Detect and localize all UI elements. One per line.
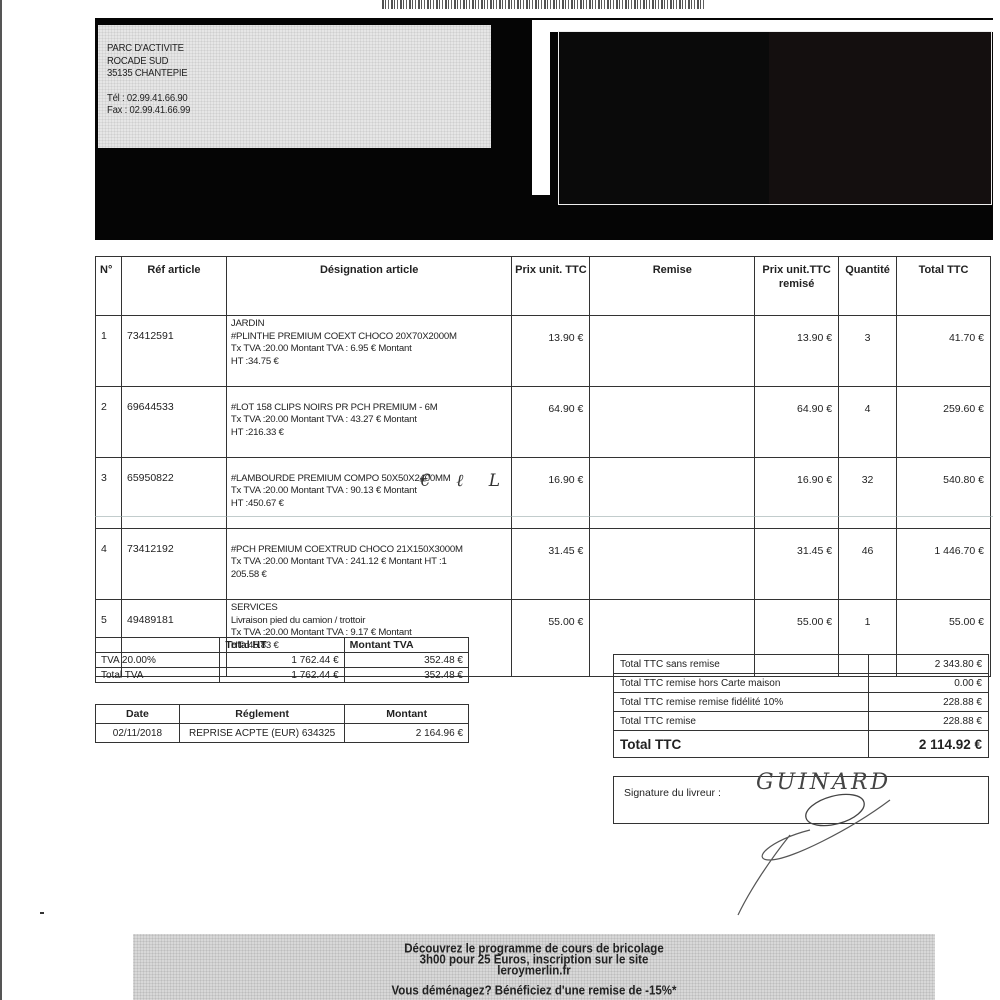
payment-header-date: Date	[96, 705, 180, 724]
item-number: 2	[96, 387, 122, 458]
vat-header-total-ht: Total HT	[220, 638, 344, 653]
header-total: Total TTC	[897, 257, 991, 316]
grand-total-value: 2 114.92 €	[869, 731, 989, 758]
address-line-2: ROCADE SUD	[107, 55, 491, 68]
designation-line	[231, 531, 508, 544]
grand-total-label: Total TTC	[614, 731, 869, 758]
item-discount	[590, 458, 755, 529]
designation-line: #PCH PREMIUM COEXTRUD CHOCO 21X150X3000M	[231, 544, 508, 557]
items-header-row: N° Réf article Désignation article Prix …	[96, 257, 991, 316]
address-line-1: PARC D'ACTIVITE	[107, 43, 491, 56]
vat-rate-label: TVA 20.00%	[96, 653, 220, 668]
table-row: 1 73412591 JARDIN#PLINTHE PREMIUM COEXT …	[96, 316, 991, 387]
header-designation: Désignation article	[226, 257, 512, 316]
promo-banner: Découvrez le programme de cours de brico…	[133, 934, 935, 1000]
item-quantity: 32	[839, 458, 897, 529]
loyalty-discount-value: 228.88 €	[869, 693, 989, 712]
grand-total-row: Total TTC 2 114.92 €	[614, 731, 989, 758]
item-unit-price: 55.00 €	[512, 600, 590, 677]
loyalty-discount-label: Total TTC remise remise fidélité 10%	[614, 693, 869, 712]
total-without-discount-value: 2 343.80 €	[869, 655, 989, 674]
item-unit-price: 16.90 €	[512, 458, 590, 529]
item-reference: 69644533	[121, 387, 226, 458]
item-discount	[590, 387, 755, 458]
item-reference: 65950822	[121, 458, 226, 529]
item-number: 1	[96, 316, 122, 387]
header-discount: Remise	[590, 257, 755, 316]
designation-line: Livraison pied du camion / trottoir	[231, 615, 508, 628]
payment-settlement: REPRISE ACPTE (EUR) 634325	[179, 724, 344, 743]
header-ref: Réf article	[121, 257, 226, 316]
total-without-discount-label: Total TTC sans remise	[614, 655, 869, 674]
item-designation: #PCH PREMIUM COEXTRUD CHOCO 21X150X3000M…	[226, 529, 512, 600]
vat-total-label: Total TVA	[96, 668, 220, 683]
totals-row: Total TTC remise hors Carte maison 0.00 …	[614, 674, 989, 693]
designation-line: SERVICES	[231, 602, 508, 615]
item-number: 3	[96, 458, 122, 529]
header-no: N°	[96, 257, 122, 316]
item-number: 4	[96, 529, 122, 600]
customer-address-redacted	[558, 31, 992, 205]
vat-total-ht: 1 762.44 €	[220, 668, 344, 683]
item-total: 259.60 €	[897, 387, 991, 458]
totals-row: Total TTC remise 228.88 €	[614, 712, 989, 731]
store-fax: Fax : 02.99.41.66.99	[107, 105, 491, 118]
payment-header-settlement: Réglement	[179, 705, 344, 724]
divider-strip	[532, 20, 550, 195]
header-quantity: Quantité	[839, 257, 897, 316]
designation-line: JARDIN	[231, 318, 508, 331]
item-discounted-price: 16.90 €	[755, 458, 839, 529]
header-unit-price: Prix unit. TTC	[512, 257, 590, 316]
item-discounted-price: 13.90 €	[755, 316, 839, 387]
paper-fold-line	[95, 516, 993, 517]
payment-row: 02/11/2018 REPRISE ACPTE (EUR) 634325 2 …	[96, 724, 469, 743]
payment-header-row: Date Réglement Montant	[96, 705, 469, 724]
item-discounted-price: 31.45 €	[755, 529, 839, 600]
vat-table: Total HT Montant TVA TVA 20.00% 1 762.44…	[95, 637, 469, 683]
totals-row: Total TTC remise remise fidélité 10% 228…	[614, 693, 989, 712]
designation-line: HT :34.75 €	[231, 356, 508, 369]
header-discounted-price: Prix unit.TTC remisé	[755, 257, 839, 316]
payment-header-amount: Montant	[345, 705, 469, 724]
designation-line: 205.58 €	[231, 569, 508, 582]
page-edge	[0, 0, 2, 1000]
item-total: 540.80 €	[897, 458, 991, 529]
total-discount-label: Total TTC remise	[614, 712, 869, 731]
designation-line: HT :450.67 €	[231, 498, 508, 511]
store-address: PARC D'ACTIVITE ROCADE SUD 35135 CHANTEP…	[98, 25, 491, 148]
designation-line: Tx TVA :20.00 Montant TVA : 6.95 € Monta…	[231, 343, 508, 356]
vat-rate-amount: 352.48 €	[344, 653, 468, 668]
table-row: 3 65950822 #LAMBOURDE PREMIUM COMPO 50X5…	[96, 458, 991, 529]
handwritten-annotation: € ℓ L	[420, 471, 510, 491]
totals-table: Total TTC sans remise 2 343.80 € Total T…	[613, 654, 989, 758]
designation-line: #LOT 158 CLIPS NOIRS PR PCH PREMIUM - 6M	[231, 402, 508, 415]
vat-header-row: Total HT Montant TVA	[96, 638, 469, 653]
designation-line: #PLINTHE PREMIUM COEXT CHOCO 20X70X2000M	[231, 331, 508, 344]
total-discount-value: 228.88 €	[869, 712, 989, 731]
item-discount	[590, 316, 755, 387]
item-quantity: 4	[839, 387, 897, 458]
items-table: N° Réf article Désignation article Prix …	[95, 256, 991, 677]
payment-table: Date Réglement Montant 02/11/2018 REPRIS…	[95, 704, 469, 743]
item-unit-price: 31.45 €	[512, 529, 590, 600]
promo-line-cutoff: Vous déménagez? Bénéficiez d'une remise …	[133, 985, 935, 997]
signature-scribble-icon	[730, 790, 930, 920]
item-reference: 73412591	[121, 316, 226, 387]
payment-date: 02/11/2018	[96, 724, 180, 743]
item-total: 41.70 €	[897, 316, 991, 387]
item-quantity: 3	[839, 316, 897, 387]
vat-total-amount: 352.48 €	[344, 668, 468, 683]
table-row: 4 73412192 #PCH PREMIUM COEXTRUD CHOCO 2…	[96, 529, 991, 600]
discount-house-card-label: Total TTC remise hors Carte maison	[614, 674, 869, 693]
item-reference: 73412192	[121, 529, 226, 600]
address-line-3: 35135 CHANTEPIE	[107, 68, 491, 81]
item-quantity: 46	[839, 529, 897, 600]
vat-row: Total TVA 1 762.44 € 352.48 €	[96, 668, 469, 683]
item-unit-price: 13.90 €	[512, 316, 590, 387]
payment-amount: 2 164.96 €	[345, 724, 469, 743]
item-designation: #LOT 158 CLIPS NOIRS PR PCH PREMIUM - 6M…	[226, 387, 512, 458]
barcode	[382, 0, 704, 9]
store-phone: Tél : 02.99.41.66.90	[107, 92, 491, 105]
designation-line: Tx TVA :20.00 Montant TVA : 241.12 € Mon…	[231, 556, 508, 569]
vat-row: TVA 20.00% 1 762.44 € 352.48 €	[96, 653, 469, 668]
table-row: 2 69644533 #LOT 158 CLIPS NOIRS PR PCH P…	[96, 387, 991, 458]
item-discounted-price: 64.90 €	[755, 387, 839, 458]
item-unit-price: 64.90 €	[512, 387, 590, 458]
designation-line	[231, 389, 508, 402]
designation-line: Tx TVA :20.00 Montant TVA : 43.27 € Mont…	[231, 414, 508, 427]
totals-row: Total TTC sans remise 2 343.80 €	[614, 655, 989, 674]
paper-speck	[40, 912, 44, 914]
vat-header-empty	[96, 638, 220, 653]
vat-rate-total-ht: 1 762.44 €	[220, 653, 344, 668]
promo-link[interactable]: leroymerlin.fr	[133, 965, 935, 977]
discount-house-card-value: 0.00 €	[869, 674, 989, 693]
item-designation: JARDIN#PLINTHE PREMIUM COEXT CHOCO 20X70…	[226, 316, 512, 387]
signature-label: Signature du livreur :	[624, 787, 721, 799]
item-total: 1 446.70 €	[897, 529, 991, 600]
item-designation: #LAMBOURDE PREMIUM COMPO 50X50X2400MMTx …	[226, 458, 512, 529]
item-discount	[590, 529, 755, 600]
designation-line: HT :216.33 €	[231, 427, 508, 440]
vat-header-amount: Montant TVA	[344, 638, 468, 653]
